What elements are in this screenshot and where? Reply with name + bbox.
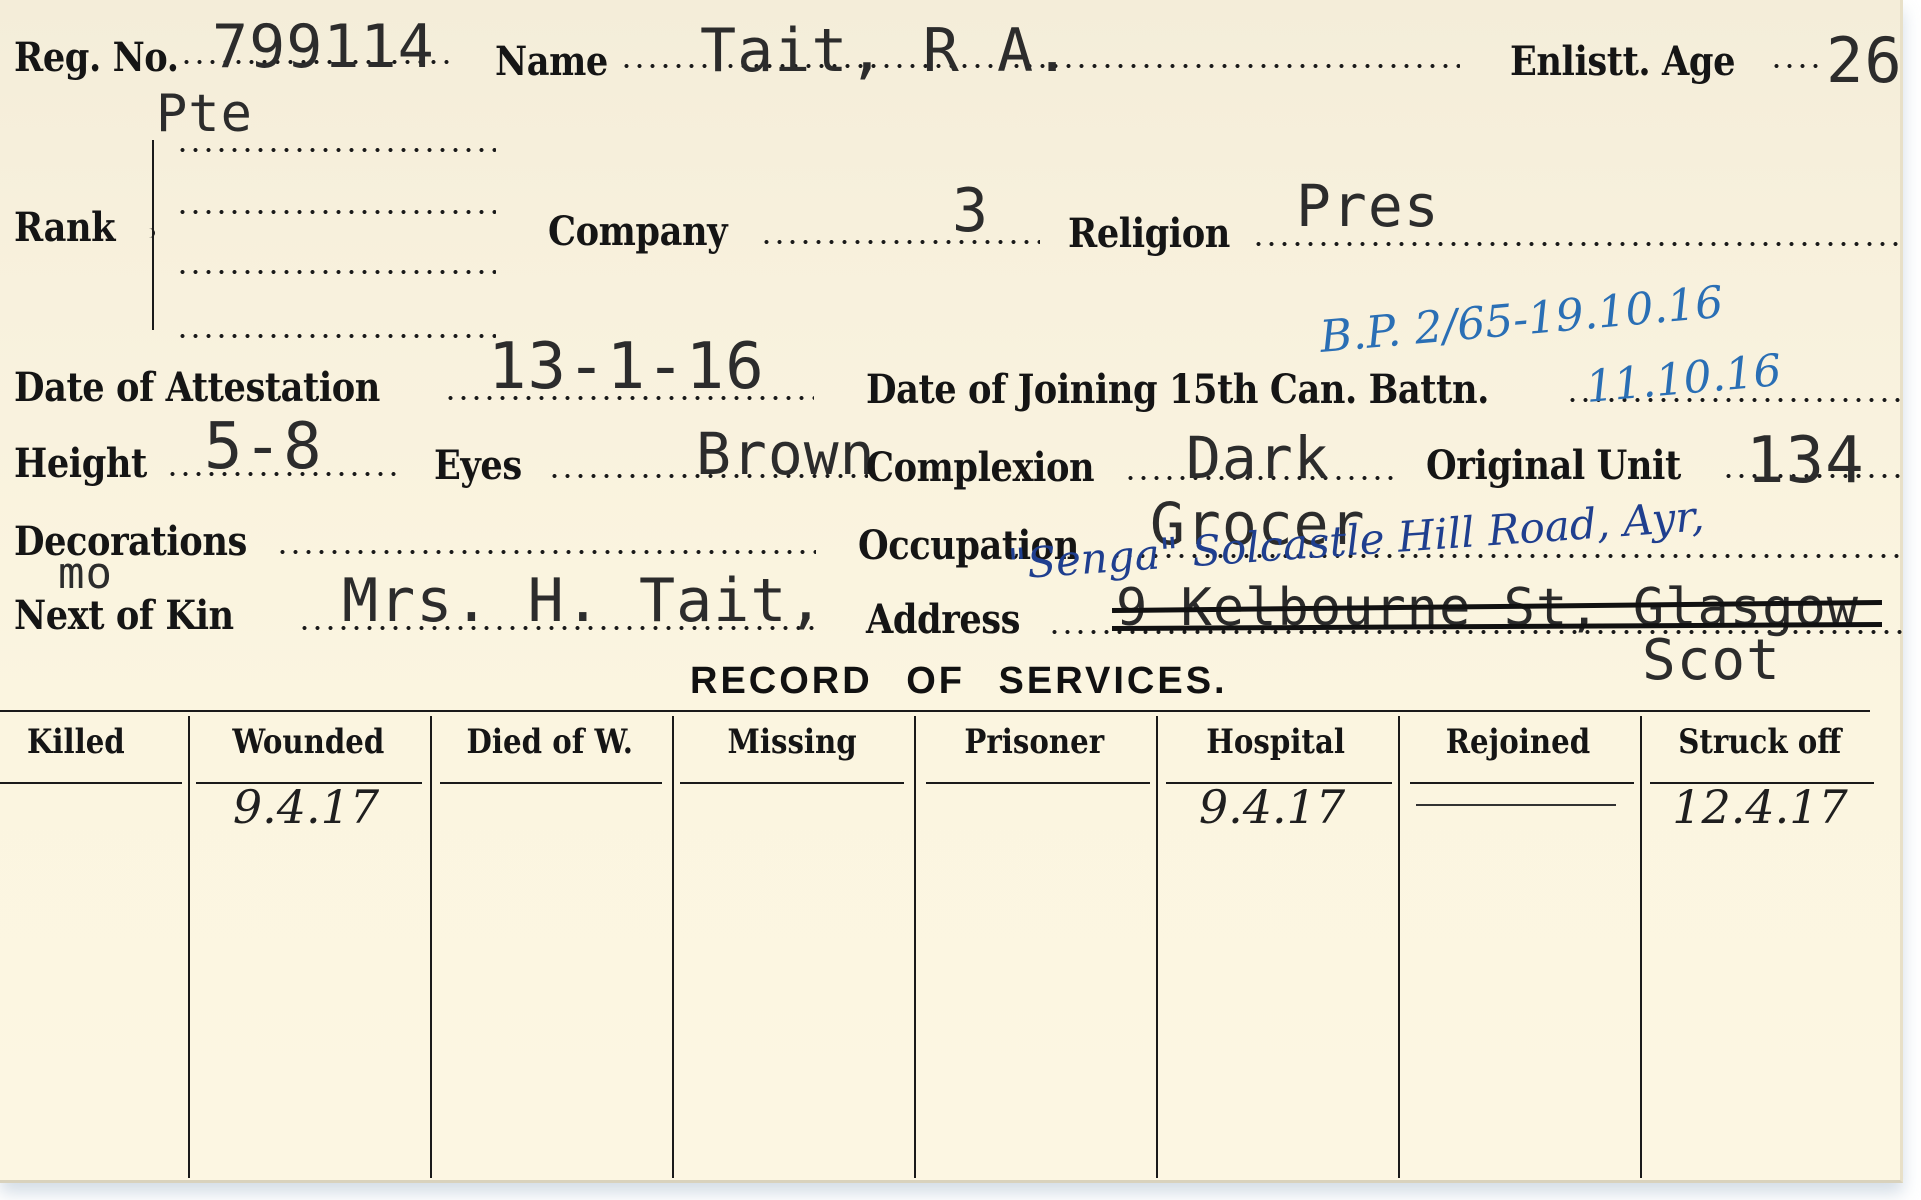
service-record-card: Reg. No. 799114 Name Tait, R A. Enlistt.… xyxy=(0,0,1903,1183)
religion-label: Religion xyxy=(1068,210,1230,257)
cell-rejoined-dash xyxy=(1416,804,1616,806)
rank-dots-1 xyxy=(176,148,496,152)
cell-hospital: 9.4.17 xyxy=(1152,780,1392,860)
cell-missing xyxy=(674,780,914,860)
col-header-hospital: Hospital xyxy=(1158,722,1394,774)
col-divider-6 xyxy=(1398,716,1400,1178)
date-of-joining-label: Date of Joining 15th Can. Battn. xyxy=(866,366,1489,413)
height-value: 5-8 xyxy=(204,410,323,484)
company-value: 3 xyxy=(952,176,989,246)
col-header-struck-off: Struck off xyxy=(1642,722,1878,774)
original-unit-value: 134 xyxy=(1746,424,1865,498)
enlistment-age-label: Enlistt. Age xyxy=(1510,38,1735,85)
original-unit-label: Original Unit xyxy=(1426,442,1681,489)
complexion-value: Dark xyxy=(1186,424,1330,492)
rank-value-1: Pte xyxy=(156,84,253,144)
date-of-attestation-value: 13-1-16 xyxy=(488,330,765,404)
decorations-dots xyxy=(276,550,816,554)
date-of-joining-value: 11.10.16 xyxy=(1584,345,1784,413)
rank-bracket-tip xyxy=(143,228,155,238)
company-dots xyxy=(760,240,1040,244)
col-header-rejoined: Rejoined xyxy=(1400,722,1636,774)
religion-value: Pres xyxy=(1296,172,1440,240)
cell-wounded: 9.4.17 xyxy=(186,780,426,860)
col-header-wounded: Wounded xyxy=(190,722,426,774)
name-value: Tait, R A. xyxy=(700,16,1071,86)
eyes-label: Eyes xyxy=(434,442,522,489)
col-header-prisoner: Prisoner xyxy=(916,722,1152,774)
rank-label: Rank xyxy=(14,204,115,251)
table-top-rule xyxy=(0,710,1870,712)
reg-no-value: 799114 xyxy=(212,12,435,82)
address-country: Scot xyxy=(1642,628,1781,693)
decorations-label: Decorations xyxy=(14,518,247,565)
enlistment-age-dots xyxy=(1770,64,1826,68)
rank-dots-4 xyxy=(176,334,496,338)
reg-no-label: Reg. No. xyxy=(14,34,179,81)
record-of-services-title: RECORD OF SERVICES. xyxy=(690,660,1228,703)
cell-prisoner xyxy=(916,780,1156,860)
cell-killed xyxy=(0,780,188,860)
cell-died-of-wounds xyxy=(432,780,672,860)
name-label: Name xyxy=(495,38,608,85)
col-header-killed: Killed xyxy=(0,722,152,774)
next-of-kin-label: Next of Kin xyxy=(14,592,234,639)
complexion-label: Complexion xyxy=(866,444,1094,491)
header-rule-7 xyxy=(1410,782,1634,784)
cell-struck-off: 12.4.17 xyxy=(1640,780,1880,860)
height-label: Height xyxy=(14,440,147,487)
religion-dots xyxy=(1252,242,1902,246)
rank-dots-3 xyxy=(176,270,496,274)
col-header-died-of-wounds: Died of W. xyxy=(432,722,668,774)
eyes-value: Brown xyxy=(696,420,876,488)
next-of-kin-value: Mrs. H. Tait, xyxy=(342,566,825,636)
company-label: Company xyxy=(548,208,727,255)
date-of-attestation-label: Date of Attestation xyxy=(14,364,380,411)
date-of-joining-annotation: B.P. 2/65-19.10.16 xyxy=(1318,277,1725,363)
rank-dots-2 xyxy=(176,210,496,214)
col-header-missing: Missing xyxy=(674,722,910,774)
enlistment-age-value: 26 xyxy=(1826,24,1903,97)
address-label: Address xyxy=(866,596,1020,643)
